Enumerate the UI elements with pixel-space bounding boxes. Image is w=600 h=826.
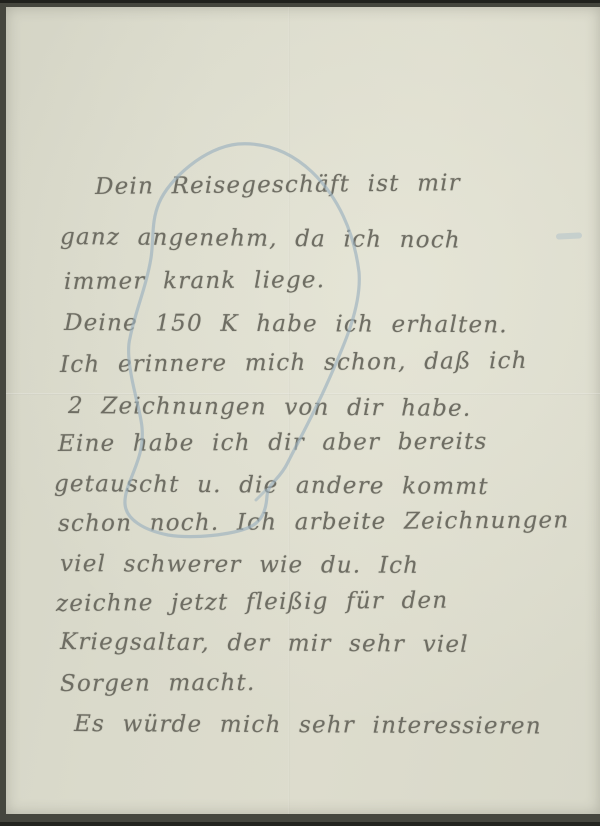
handwriting-line: 2 Zeichnungen von dir habe.	[68, 391, 472, 424]
handwriting-line: Eine habe ich dir aber bereits	[58, 427, 488, 459]
handwriting-line: immer krank liege.	[64, 265, 325, 297]
handwriting-line: getauscht u. die andere kommt	[54, 469, 489, 502]
handwriting-line: Sorgen macht.	[60, 668, 256, 699]
scan-backdrop: Dein Reisegeschäft ist mir ganz angenehm…	[0, 0, 600, 826]
handwriting-line: ganz angenehm, da ich noch	[60, 222, 461, 255]
handwriting-line: viel schwerer wie du. Ich	[60, 549, 419, 581]
handwriting-line: Ich erinnere mich schon, daß ich	[60, 346, 528, 380]
handwriting-line: zeichne jetzt fleißig für den	[56, 586, 449, 619]
handwriting-line: Dein Reisegeschäft ist mir	[95, 168, 461, 202]
handwriting-line: Kriegsaltar, der mir sehr viel	[60, 627, 469, 660]
handwriting-line: Es würde mich sehr interessieren	[74, 709, 542, 741]
handwriting-line: Deine 150 K habe ich erhalten.	[64, 308, 508, 340]
handwriting-line: schon noch. Ich arbeite Zeichnungen	[58, 505, 570, 539]
